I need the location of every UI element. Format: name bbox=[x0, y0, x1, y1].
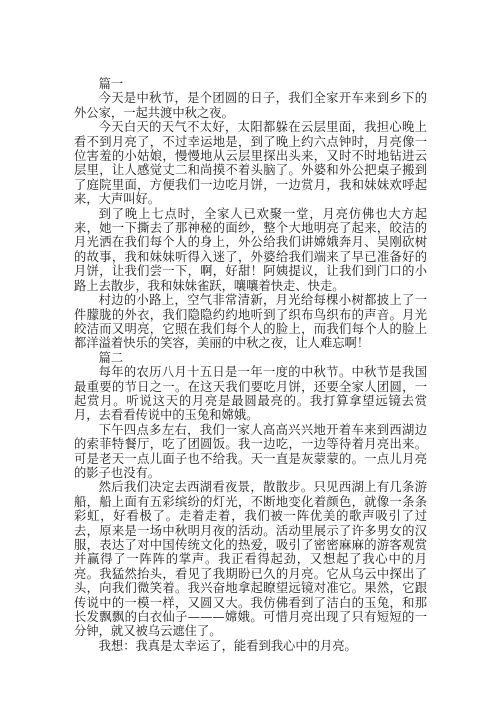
paragraph: 今天是中秋节，是个团圆的日子，我们全家开车来到乡下的外公家，一起共渡中秋之夜。 bbox=[74, 91, 427, 120]
paragraph: 今天白天的天气不太好，太阳都躲在云层里面，我担心晚上看不到月亮了，不过幸运地是，… bbox=[74, 120, 427, 206]
paragraph: 然后我们决定去西湖看夜景，散散步。只见西湖上有几条游船，船上面有五彩缤纷的灯光，… bbox=[74, 480, 427, 638]
paragraph: 每年的农历八月十五日是一年一度的中秋节。中秋节是我国最重要的节日之一。在这天我们… bbox=[74, 365, 427, 423]
section-heading-2: 篇二 bbox=[74, 351, 427, 365]
paragraph: 我想：我真是太幸运了，能看到我心中的月亮。 bbox=[74, 639, 427, 653]
document-page: 篇一 今天是中秋节，是个团圆的日子，我们全家开车来到乡下的外公家，一起共渡中秋之… bbox=[74, 77, 427, 653]
section-heading-1: 篇一 bbox=[74, 77, 427, 91]
paragraph: 村边的小路上，空气非常清新，月光给每棵小树都披上了一件朦胧的外衣，我们隐隐约约地… bbox=[74, 293, 427, 351]
paragraph: 下午四点多左右，我们一家人高高兴兴地开着车来到西湖边的索菲特餐厅，吃了团圆饭。我… bbox=[74, 423, 427, 481]
paragraph: 到了晚上七点时，全家人已欢聚一堂，月亮仿佛也大方起来，她一下撕去了那神秘的面纱，… bbox=[74, 207, 427, 293]
